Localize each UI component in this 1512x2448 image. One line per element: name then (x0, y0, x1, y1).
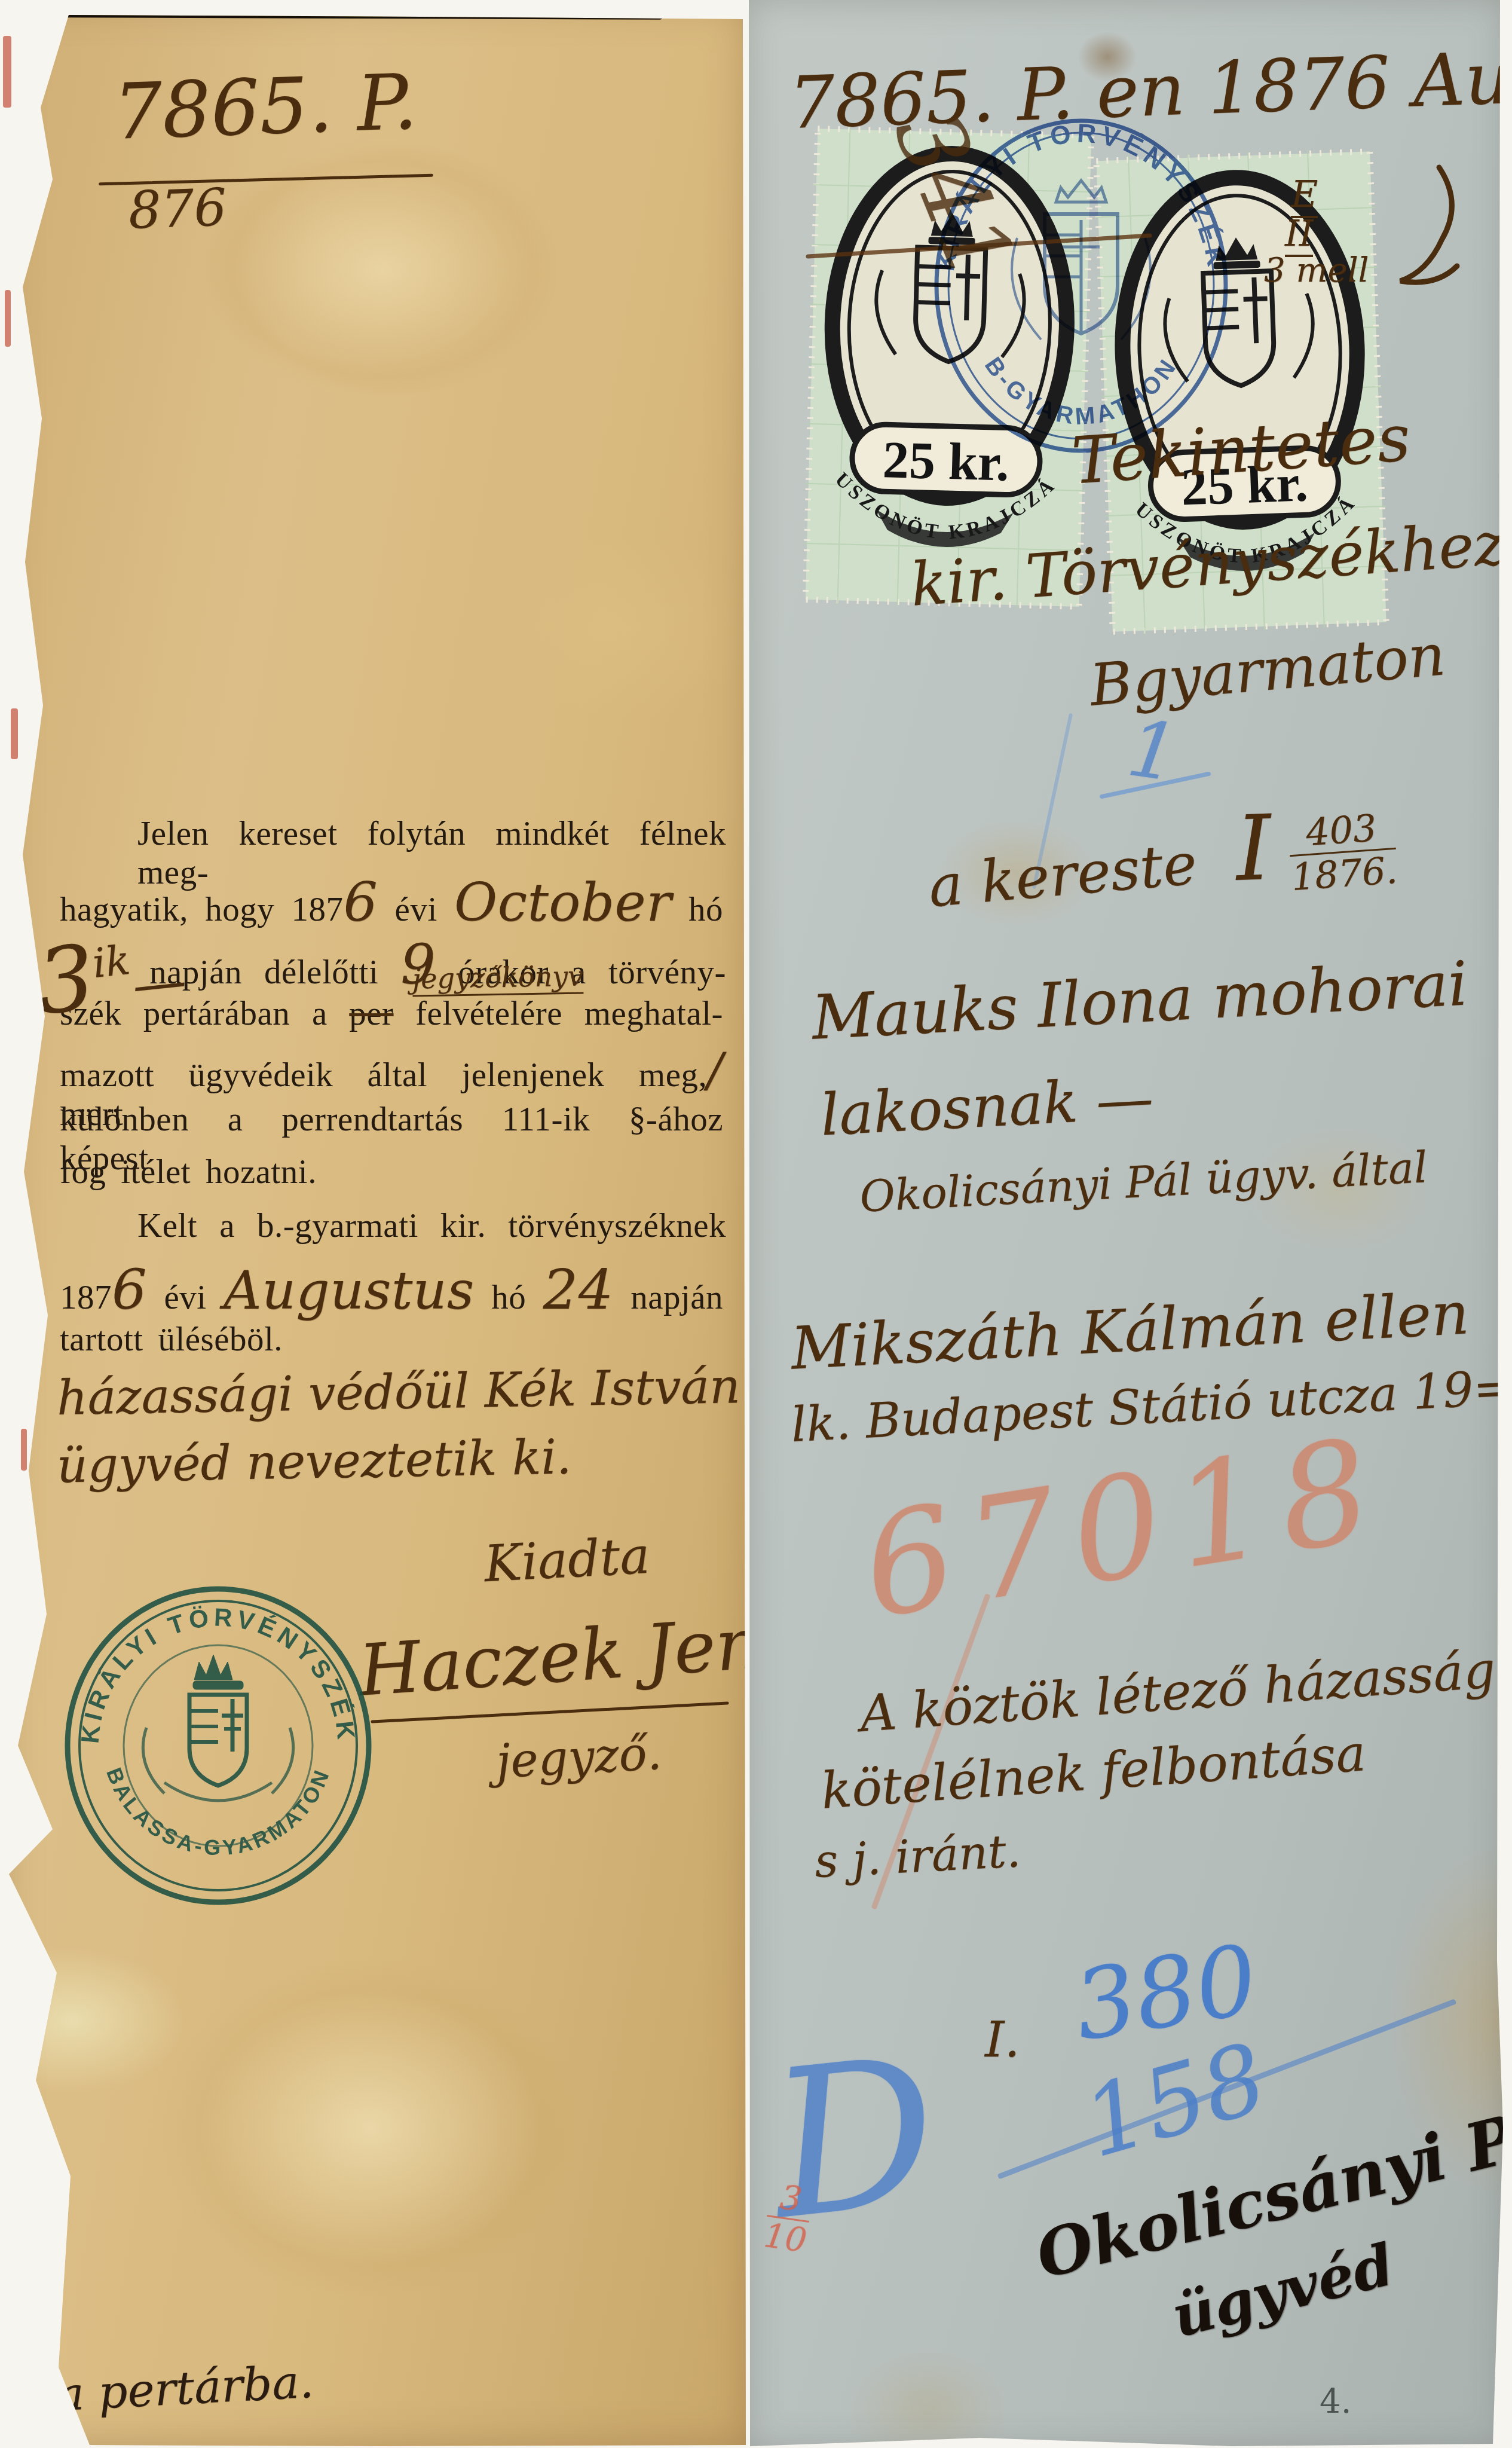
seal-coat-of-arms (143, 1655, 293, 1801)
svg-text:BALASSA-GYARMATON: BALASSA-GYARMATON (102, 1765, 335, 1860)
printed-line: Kelt a b.-gyarmati kir. törvényszéknek (137, 1206, 726, 1245)
green-court-seal: KIRÁLYI TÖRVÉNYSZÉK BALASSA-GYARMATON (51, 1572, 385, 1907)
corner-mark-ii: II (1285, 213, 1313, 257)
blue-stamp-crest (1012, 181, 1150, 340)
printed-text: tartott üléséböl. (60, 1321, 283, 1358)
hw-day-dash: — (129, 949, 189, 1017)
right-page: 25 kr. HUSZONÖT KRAJCZÁR (749, 0, 1503, 2448)
printed-text: évi (395, 891, 437, 928)
hw-day: 3 (32, 925, 100, 1035)
issued-label: Kiadta (483, 1526, 651, 1593)
seal-ring-bottom-text: BALASSA-GYARMATON (102, 1765, 335, 1860)
hw-note-line1: házassági védőül Kék István (56, 1358, 740, 1426)
red-edge-mark (11, 708, 18, 759)
case-roman: I (1234, 803, 1272, 894)
left-docket-number: 7865. P. (112, 57, 419, 157)
red-edge-mark (3, 36, 11, 108)
printed-line: fog itélet hozatni. (60, 1153, 317, 1191)
hw-month: Augustus (224, 1260, 475, 1321)
hw-caret-mark: / (707, 1044, 723, 1098)
corner-mark-mell: 3 mell (1264, 251, 1369, 290)
red-edge-mark (5, 290, 11, 347)
printed-text: napján (630, 1279, 723, 1316)
case-year: 1876. (1290, 849, 1398, 896)
red-fraction-top: 3 (767, 2180, 814, 2223)
corner-flourish (1382, 161, 1460, 293)
red-fraction-bottom: 10 (762, 2217, 809, 2258)
attorney-line: Okolicsányi Pál ügyv. által (858, 1142, 1428, 1222)
scan-edge-line (53, 12, 662, 20)
case-label: a kereste (926, 830, 1199, 921)
blue-court-stamp: KIRÁLYI TÖRVÉNYSZÉK B-GYARMATHON (928, 112, 1235, 459)
right-header-docket: 7865. P. en 1876 August 14 (788, 27, 1512, 145)
printed-text: hó (688, 891, 723, 928)
printed-struck-word: per (349, 995, 393, 1032)
scanned-document: 7865. P. 876 Jelen kereset folytán mindk… (0, 0, 1512, 2448)
printed-line: 1876 évi Augustus hó 24 napján (60, 1263, 723, 1318)
printed-text: felvételére meghatal- (415, 995, 723, 1032)
hw-day: 24 (543, 1258, 614, 1322)
printed-line: tartott üléséböl. (60, 1320, 283, 1359)
hw-year-digit: 6 (344, 871, 378, 934)
bottom-note: a pertárba. (56, 2355, 315, 2421)
left-page: 7865. P. 876 Jelen kereset folytán mindk… (0, 0, 750, 2448)
printed-text: hagyatik, hogy 187 (60, 891, 344, 928)
printed-text: Kelt a b.-gyarmati kir. törvényszéknek (137, 1207, 726, 1245)
plaintiff-name: Mauks Ilona mohorai (810, 948, 1470, 1053)
corner-mark-e: E (1291, 172, 1318, 218)
clerk-title: jegyző. (495, 1726, 663, 1789)
subject-line1: A köztök létező házassági (858, 1639, 1512, 1743)
docket-roman: I. (985, 2012, 1020, 2068)
printed-text: fog itélet hozatni. (60, 1153, 317, 1191)
hw-insertion-word: jegyzőkönyv (412, 960, 584, 997)
hw-month: October (454, 872, 672, 933)
hw-note-line2: ügyvéd neveztetik ki. (56, 1429, 572, 1493)
case-number-fraction: 403 1876. (1287, 808, 1398, 896)
printed-text: mazott ügyvédeik által jelenjenek meg, (60, 1056, 707, 1094)
pencil-page-mark: 4. (1320, 2382, 1351, 2421)
plaintiff-residence: lakosnak — (819, 1065, 1155, 1149)
printed-text: évi (164, 1279, 207, 1316)
printed-text: 187 (60, 1279, 112, 1316)
red-edge-mark (21, 1429, 27, 1471)
subject-line3: s j. iránt. (813, 1824, 1022, 1888)
left-docket-year: 876 (127, 178, 228, 241)
hw-margin-day: 3ik— (32, 916, 191, 1035)
clerk-signature: Haczek Jenő (356, 1599, 806, 1712)
printed-text: hó (491, 1279, 526, 1316)
hw-year-digit: 6 (112, 1258, 147, 1322)
hw-day-suffix: ik (90, 936, 132, 987)
